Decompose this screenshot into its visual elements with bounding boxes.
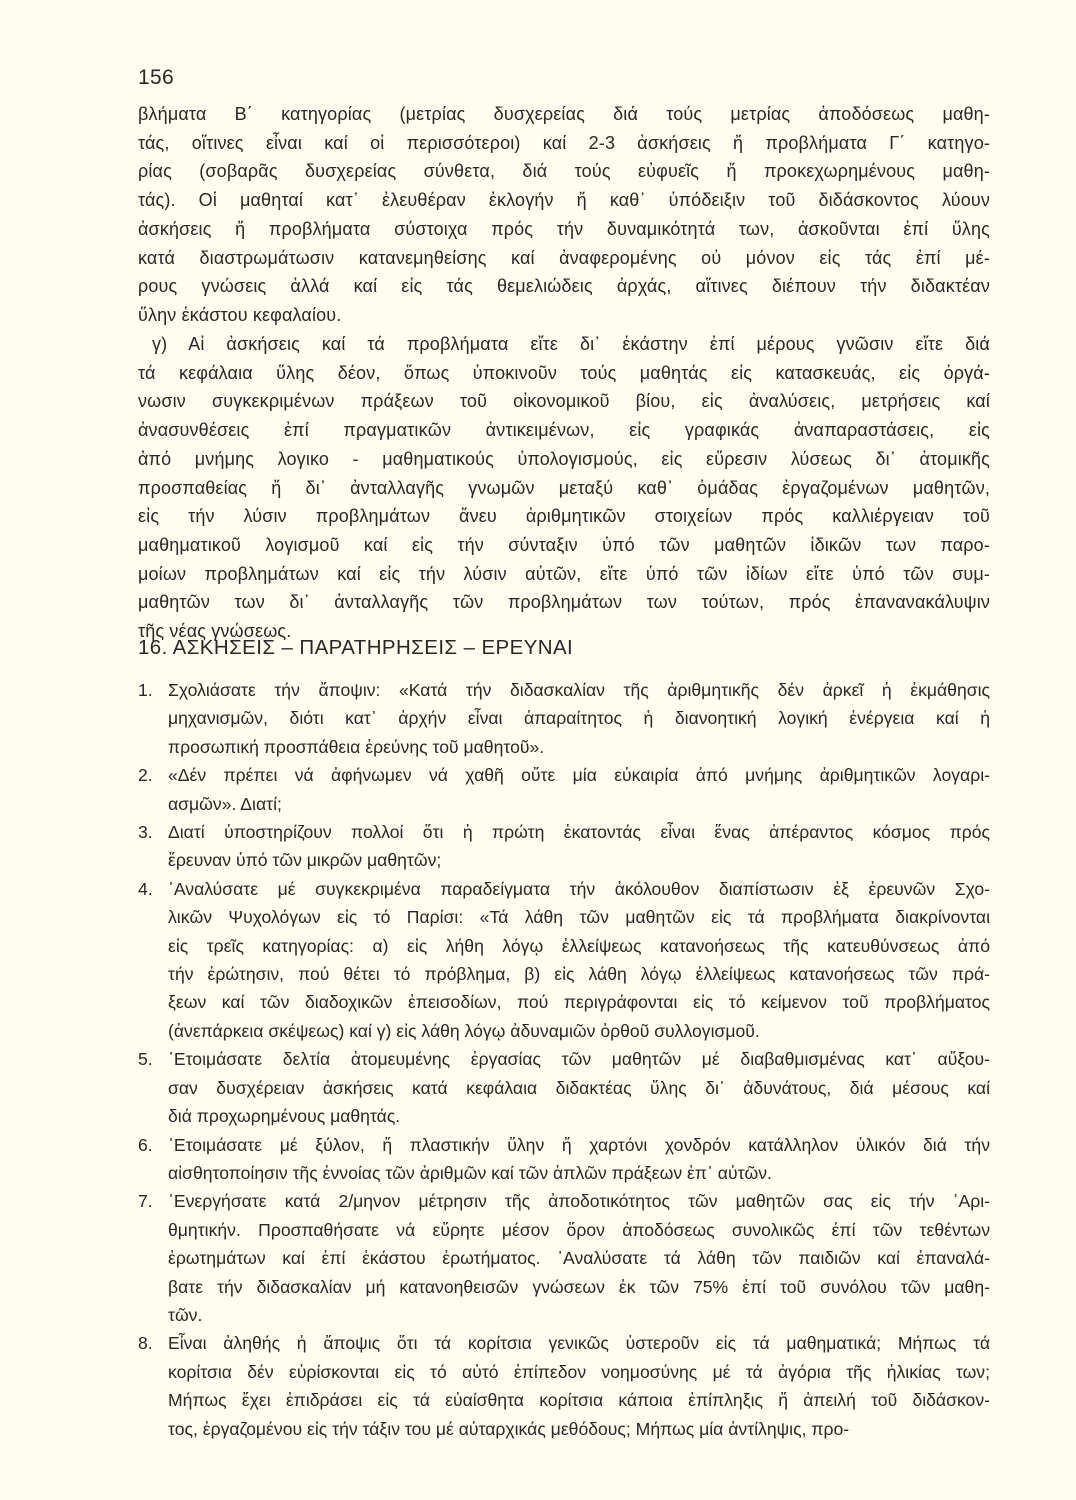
text-line: προσπαθείας ἤ δι᾽ ἀνταλλαγῆς γνωμῶν μετα… bbox=[138, 474, 990, 503]
text-line: εἰς τήν λύσιν προβλημάτων ἄνευ ἀριθμητικ… bbox=[138, 502, 990, 531]
exercise-text-line: ᾽Ετοιμάσατε δελτία ἀτομευμένης ἐργασίας … bbox=[168, 1045, 990, 1073]
exercise-text-line: κορίτσια δέν εὑρίσκονται εἰς τό αὐτό ἐπί… bbox=[168, 1358, 990, 1386]
exercise-text-line: θμητικήν. Προσπαθήσατε νά εὕρητε μέσον ὅ… bbox=[168, 1216, 990, 1244]
exercise-text-line: αἰσθητοποίησιν τῆς ἐννοίας τῶν ἀριθμῶν κ… bbox=[168, 1159, 990, 1187]
exercise-text-line: Σχολιάσατε τήν ἄποψιν: «Κατά τήν διδασκα… bbox=[168, 676, 990, 704]
exercise-number: 2. bbox=[138, 761, 153, 789]
exercise-text-line: Μήπως ἔχει ἐπιδράσει εἰς τά εὐαίσθητα κο… bbox=[168, 1386, 990, 1414]
text-line: τάς). Οἱ μαθηταί κατ᾽ ἐλευθέραν ἐκλογήν … bbox=[138, 186, 990, 215]
exercise-text-line: ᾽Ενεργήσατε κατά 2/μηνον μέτρησιν τῆς ἀπ… bbox=[168, 1187, 990, 1215]
paragraph-continuation: βλήματα Β΄ κατηγορίας (μετρίας δυσχερεία… bbox=[138, 100, 990, 330]
exercise-text-line: προσωπική προσπάθεια ἐρεύνης τοῦ μαθητοῦ… bbox=[168, 733, 990, 761]
exercise-item: 4.᾽Αναλύσατε μέ συγκεκριμένα παραδείγματ… bbox=[138, 875, 990, 1045]
exercise-text-line: ξεων καί τῶν διαδοχικῶν ἐπεισοδίων, πού … bbox=[168, 988, 990, 1016]
text-line: ρίας (σοβαρᾶς δυσχερείας σύνθετα, διά το… bbox=[138, 157, 990, 186]
exercise-item: 6.᾽Ετοιμάσατε μέ ξύλον, ἤ πλαστικήν ὕλην… bbox=[138, 1131, 990, 1188]
exercise-number: 3. bbox=[138, 818, 153, 846]
text-line: ρους γνώσεις ἀλλά καί εἰς τάς θεμελιώδει… bbox=[138, 272, 990, 301]
text-line: βλήματα Β΄ κατηγορίας (μετρίας δυσχερεία… bbox=[138, 100, 990, 129]
exercise-text-line: Διατί ὑποστηρίζουν πολλοί ὅτι ἡ πρώτη ἑκ… bbox=[168, 818, 990, 846]
text-line: ἀπό μνήμης λογικο - μαθηματικούς ὑπολογι… bbox=[138, 445, 990, 474]
text-line: τάς, οἵτινες εἶναι καί οἱ περισσότεροι) … bbox=[138, 129, 990, 158]
exercise-text-line: τήν ἐρώτησιν, πού θέτει τό πρόβλημα, β) … bbox=[168, 960, 990, 988]
exercise-number: 5. bbox=[138, 1045, 153, 1073]
exercise-text-line: βατε τήν διδασκαλίαν μή κατανοηθεισῶν γν… bbox=[168, 1273, 990, 1301]
exercise-text-line: τος, ἐργαζομένου εἰς τήν τάξιν του μέ αὐ… bbox=[168, 1415, 990, 1443]
exercise-text-line: λικῶν Ψυχολόγων εἰς τό Παρίσι: «Τά λάθη … bbox=[168, 903, 990, 931]
text-line: μαθητῶν των δι᾽ ἀνταλλαγῆς τῶν προβλημάτ… bbox=[138, 588, 990, 617]
exercise-text-line: διά προχωρημένους μαθητάς. bbox=[168, 1102, 990, 1130]
exercise-text-line: μηχανισμῶν, διότι κατ᾽ ἀρχήν εἶναι ἀπαρα… bbox=[168, 704, 990, 732]
text-line: γ) Αἱ ἀσκήσεις καί τά προβλήματα εἴτε δι… bbox=[138, 330, 990, 359]
text-line: μαθηματικοῦ λογισμοῦ καί εἰς τήν σύνταξι… bbox=[138, 531, 990, 560]
text-line: ἀσκήσεις ἤ προβλήματα σύστοιχα πρός τήν … bbox=[138, 215, 990, 244]
text-line: ὕλην ἑκάστου κεφαλαίου. bbox=[138, 301, 990, 330]
exercise-text-line: τῶν. bbox=[168, 1301, 990, 1329]
text-line: τά κεφάλαια ὕλης δέον, ὅπως ὑποκινοῦν το… bbox=[138, 359, 990, 388]
text-line: μοίων προβλημάτων καί εἰς τήν λύσιν αὐτῶ… bbox=[138, 560, 990, 589]
text-line: νωσιν συγκεκριμένων πράξεων τοῦ οἰκονομι… bbox=[138, 387, 990, 416]
exercise-number: 4. bbox=[138, 875, 153, 903]
exercise-number: 1. bbox=[138, 676, 153, 704]
exercise-item: 7.᾽Ενεργήσατε κατά 2/μηνον μέτρησιν τῆς … bbox=[138, 1187, 990, 1329]
exercise-text-line: ᾽Ετοιμάσατε μέ ξύλον, ἤ πλαστικήν ὕλην ἤ… bbox=[168, 1131, 990, 1159]
exercise-text-line: ᾽Αναλύσατε μέ συγκεκριμένα παραδείγματα … bbox=[168, 875, 990, 903]
exercise-text-line: σαν δυσχέρειαν ἀσκήσεις κατά κεφάλαια δι… bbox=[168, 1074, 990, 1102]
exercise-item: 5.᾽Ετοιμάσατε δελτία ἀτομευμένης ἐργασία… bbox=[138, 1045, 990, 1130]
exercise-text-line: (ἀνεπάρκεια σκέψεως) καί γ) εἰς λάθη λόγ… bbox=[168, 1017, 990, 1045]
exercise-text-line: ἐρωτημάτων καί ἐπί ἑκάστου ἐρωτήματος. ᾽… bbox=[168, 1244, 990, 1272]
exercise-list: 1.Σχολιάσατε τήν ἄποψιν: «Κατά τήν διδασ… bbox=[138, 676, 990, 1443]
exercise-text-line: ἔρευναν ὑπό τῶν μικρῶν μαθητῶν; bbox=[168, 846, 990, 874]
page-number: 156 bbox=[138, 66, 174, 90]
section-heading: 16. ΑΣΚΗΣΕΙΣ – ΠΑΡΑΤΗΡΗΣΕΙΣ – ΕΡΕΥΝΑΙ bbox=[138, 636, 573, 660]
exercise-text-line: Εἶναι ἀληθής ἡ ἄποψις ὅτι τά κορίτσια γε… bbox=[168, 1329, 990, 1357]
exercise-number: 6. bbox=[138, 1131, 153, 1159]
exercise-item: 2.«Δέν πρέπει νά ἀφήνωμεν νά χαθῆ οὔτε μ… bbox=[138, 761, 990, 818]
exercise-item: 3.Διατί ὑποστηρίζουν πολλοί ὅτι ἡ πρώτη … bbox=[138, 818, 990, 875]
exercise-text-line: «Δέν πρέπει νά ἀφήνωμεν νά χαθῆ οὔτε μία… bbox=[168, 761, 990, 789]
exercise-number: 7. bbox=[138, 1187, 153, 1215]
paragraph-gamma: γ) Αἱ ἀσκήσεις καί τά προβλήματα εἴτε δι… bbox=[138, 330, 990, 646]
exercise-item: 1.Σχολιάσατε τήν ἄποψιν: «Κατά τήν διδασ… bbox=[138, 676, 990, 761]
text-line: ἀνασυνθέσεις ἐπί πραγματικῶν ἀντικειμένω… bbox=[138, 416, 990, 445]
text-line: κατά διαστρωμάτωσιν κατανεμηθείσης καί ἀ… bbox=[138, 244, 990, 273]
exercise-text-line: ασμῶν». Διατί; bbox=[168, 790, 990, 818]
exercise-number: 8. bbox=[138, 1329, 153, 1357]
exercise-text-line: εἰς τρεῖς κατηγορίας: α) εἰς λήθη λόγῳ ἐ… bbox=[168, 932, 990, 960]
exercise-item: 8.Εἶναι ἀληθής ἡ ἄποψις ὅτι τά κορίτσια … bbox=[138, 1329, 990, 1443]
